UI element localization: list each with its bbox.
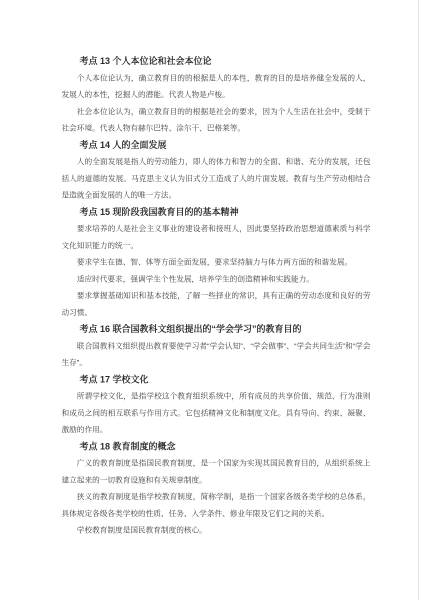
page-edge-line [418,0,419,600]
paragraph: 广义的教育制度是指国民教育制度，是一个国家为实现其国民教育目的，从组织系统上建立… [62,455,371,489]
section-kaodian-16: 考点 16 联合国教科文组织提出的“学会学习”的教育目的 联合国教科文组织提出教… [62,321,371,371]
paragraph: 联合国教科文组织提出教育要使学习者“学会认知”、“学会做事”、“学会共同生活”和… [62,338,371,372]
paragraph: 要求掌握基础知识和基本技能，了解一些择业的常识，具有正确的劳动态度和良好的劳动习… [62,288,371,322]
paragraph: 人的全面发展是指人的劳动能力，即人的体力和智力的全面、和谐、充分的发展，还包括人… [62,154,371,204]
section-heading: 考点 13 个人本位论和社会本位论 [62,53,371,70]
section-kaodian-13: 考点 13 个人本位论和社会本位论 个人本位论认为，确立教育目的的根据是人的本性… [62,53,371,137]
document-viewport: 考点 13 个人本位论和社会本位论 个人本位论认为，确立教育目的的根据是人的本性… [0,0,424,600]
section-kaodian-18: 考点 18 教育制度的概念 广义的教育制度是指国民教育制度，是一个国家为实现其国… [62,438,371,539]
paragraph: 学校教育制度是国民教育制度的核心。 [62,522,371,539]
paragraph: 要求培养的人是社会主义事业的建设者和接班人，因此要坚持政治思想道德素质与科学文化… [62,221,371,255]
paragraph: 适应时代要求，强调学生个性发展，培养学生的创造精神和实践能力。 [62,271,371,288]
paragraph: 狭义的教育制度是指学校教育制度，简称学制，是指一个国家各级各类学校的总体系，具体… [62,489,371,523]
section-heading: 考点 17 学校文化 [62,371,371,388]
section-heading: 考点 15 现阶段我国教育目的的基本精神 [62,204,371,221]
paragraph: 个人本位论认为，确立教育目的的根据是人的本性，教育的目的是培养健全发展的人，发展… [62,70,371,104]
section-heading: 考点 16 联合国教科文组织提出的“学会学习”的教育目的 [62,321,371,338]
section-kaodian-17: 考点 17 学校文化 所谓学校文化，是指学校这个教育组织系统中，所有成员的共享价… [62,371,371,438]
paragraph: 要求学生在德、智、体等方面全面发展，要求坚持脑力与体力两方面的和谐发展。 [62,254,371,271]
document-page: 考点 13 个人本位论和社会本位论 个人本位论认为，确立教育目的的根据是人的本性… [0,0,424,600]
section-kaodian-14: 考点 14 人的全面发展 人的全面发展是指人的劳动能力，即人的体力和智力的全面、… [62,137,371,204]
section-heading: 考点 18 教育制度的概念 [62,438,371,455]
paragraph: 社会本位论认为，确立教育目的的根据是社会的要求，因为个人生活在社会中，受制于社会… [62,103,371,137]
section-kaodian-15: 考点 15 现阶段我国教育目的的基本精神 要求培养的人是社会主义事业的建设者和接… [62,204,371,321]
section-heading: 考点 14 人的全面发展 [62,137,371,154]
paragraph: 所谓学校文化，是指学校这个教育组织系统中，所有成员的共享价值、规范、行为准则和成… [62,388,371,438]
